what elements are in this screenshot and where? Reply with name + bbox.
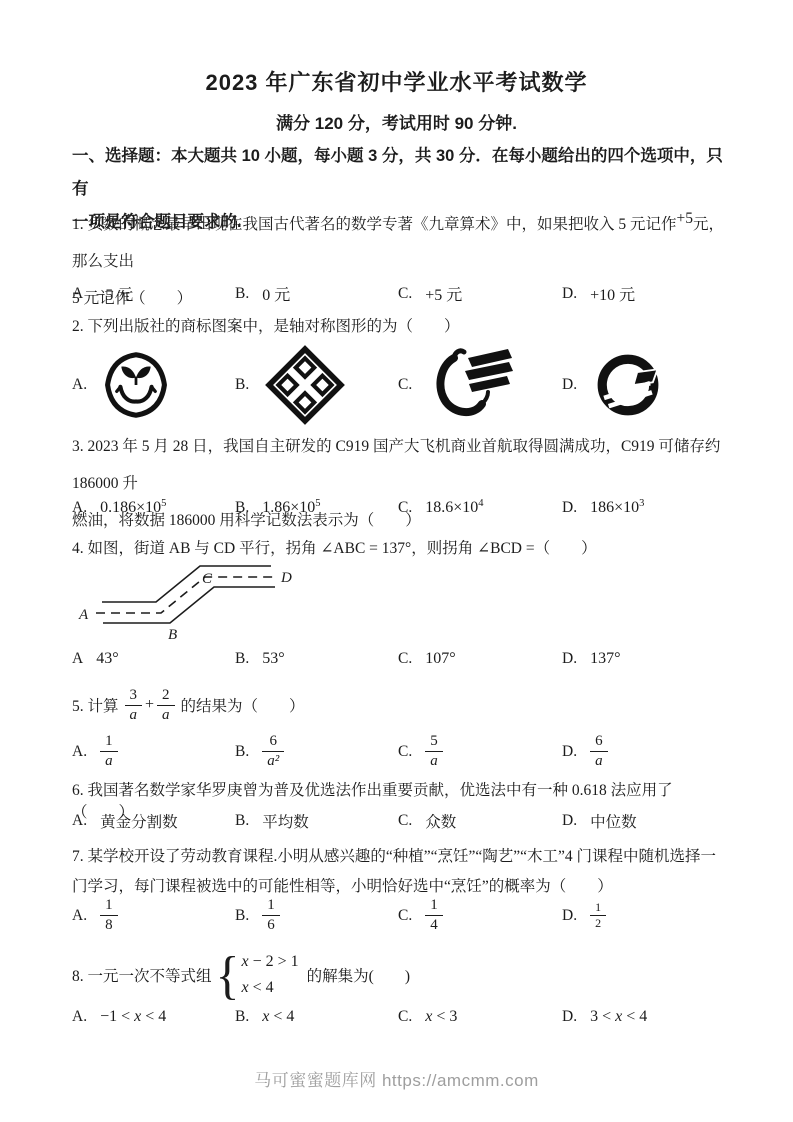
option-label: D. (562, 650, 577, 668)
system-brace: { (216, 949, 240, 1002)
option-value: +10 元 (590, 282, 635, 305)
q3-option-b: B.1.86×105 (235, 498, 398, 517)
q7-option-a: A.18 (72, 896, 235, 935)
question-3-line-1: 3. 2023 年 5 月 28 日，我国自主研发的 C919 国产大飞机商业首… (72, 428, 726, 502)
option-label: A (72, 285, 83, 303)
fraction: 18 (100, 896, 118, 935)
option-value: 平均数 (262, 810, 309, 832)
q1-option-c: C.+5 元 (398, 282, 562, 305)
diamond-grid-logo-icon (265, 345, 345, 425)
option-label: C. (398, 376, 412, 394)
q1-option-b: B.0 元 (235, 282, 398, 305)
fraction: 12 (590, 900, 606, 931)
question-7-text: 7. 某学校开设了劳动教育课程.小明从感兴趣的“种植”“烹饪”“陶艺”“木工”4… (72, 842, 726, 902)
option-label: B. (235, 499, 249, 517)
q7-option-c: C.14 (398, 896, 562, 935)
exam-subtitle: 满分 120 分，考试用时 90 分钟. (0, 109, 793, 134)
system-line-1: x − 2 > 1 (242, 949, 299, 975)
diagram-label-d: D (280, 570, 292, 586)
option-label: A. (72, 1008, 87, 1026)
q7-option-d: D.12 (562, 900, 726, 931)
option-label: B. (235, 650, 249, 668)
option-label: B. (235, 285, 249, 303)
q5-option-d: D.6a (562, 732, 726, 771)
option-label: C. (398, 743, 412, 761)
fraction: 5a (425, 732, 443, 771)
option-value: +5 元 (425, 282, 462, 305)
option-value: 186×103 (590, 498, 644, 517)
street-diagram: A B C D (74, 560, 324, 646)
q5-option-c: C.5a (398, 732, 562, 771)
road-center-dashed-line (96, 577, 276, 613)
diagram-label-b: B (168, 627, 177, 643)
q4-option-a: A43° (72, 650, 235, 668)
fraction: 2a (157, 686, 175, 725)
option-value: 3 < x < 4 (590, 1008, 647, 1026)
option-label: A. (72, 499, 87, 517)
option-label: C. (398, 650, 412, 668)
exponent: 3 (639, 498, 644, 509)
q6-option-a: A.黄金分割数 (72, 810, 235, 832)
books-hook-logo-icon (428, 344, 516, 426)
q4-option-d: D.137° (562, 650, 726, 668)
option-value: −1 < x < 4 (100, 1008, 166, 1026)
option-label: A. (72, 376, 87, 394)
fraction: 3a (125, 686, 143, 725)
question-4-options: A43° B.53° C.107° D.137° (72, 650, 726, 668)
watermark-footer: 马可蜜蜜题库网 https://amcmm.com (0, 1066, 793, 1091)
exam-page: 2023 年广东省初中学业水平考试数学 满分 120 分，考试用时 90 分钟.… (0, 0, 793, 1122)
question-2-text: 2. 下列出版社的商标图案中，是轴对称图形的为（ ） (72, 316, 726, 338)
q8-option-c: C.x < 3 (398, 1008, 562, 1026)
option-label: B. (235, 1008, 249, 1026)
option-label: D. (562, 376, 577, 394)
page-title: 2023 年广东省初中学业水平考试数学 (0, 66, 793, 97)
system-line-2: x < 4 (242, 975, 299, 1001)
question-6-options: A.黄金分割数 B.平均数 C.众数 D.中位数 (72, 810, 726, 832)
option-value: 中位数 (590, 810, 637, 832)
hands-sprout-logo-icon (103, 346, 169, 424)
option-label: D. (562, 1008, 577, 1026)
option-label: A. (72, 812, 87, 830)
superscript-plus-5: +5 (677, 210, 694, 227)
option-label: D. (562, 499, 577, 517)
q5-option-a: A.1a (72, 732, 235, 771)
q1-option-d: D.+10 元 (562, 282, 726, 305)
q3-option-d: D.186×103 (562, 498, 726, 517)
question-3-text: 3. 2023 年 5 月 28 日，我国自主研发的 C919 国产大飞机商业首… (72, 428, 726, 539)
option-value: 众数 (425, 810, 456, 832)
q8-option-b: B.x < 4 (235, 1008, 398, 1026)
q3-option-c: C.18.6×104 (398, 498, 562, 517)
option-value: 黄金分割数 (100, 810, 178, 832)
fraction: 16 (262, 896, 280, 935)
question-8-options: A.−1 < x < 4 B.x < 4 C.x < 3 D.3 < x < 4 (72, 1008, 726, 1026)
option-label: A. (72, 743, 87, 761)
circle-leaf-logo-icon (593, 347, 663, 423)
option-label: B. (235, 376, 249, 394)
road-bottom-edge (103, 587, 275, 623)
fraction: 14 (425, 896, 443, 935)
q6-option-b: B.平均数 (235, 810, 398, 832)
option-value: 43° (96, 650, 118, 668)
diagram-label-a: A (78, 607, 89, 623)
option-value: 53° (262, 650, 284, 668)
option-label: C. (398, 499, 412, 517)
option-value: x < 4 (262, 1008, 294, 1026)
q5-option-b: B.6a² (235, 732, 398, 771)
option-value: 0 元 (262, 282, 290, 305)
option-value: −5 元 (96, 282, 133, 305)
q8-option-a: A.−1 < x < 4 (72, 1008, 235, 1026)
question-7-line-1: 7. 某学校开设了劳动教育课程.小明从感兴趣的“种植”“烹饪”“陶艺”“木工”4… (72, 842, 726, 872)
q7-option-b: B.16 (235, 896, 398, 935)
q6-option-c: C.众数 (398, 810, 562, 832)
q1-option-a: A−5 元 (72, 282, 235, 305)
option-label: D. (562, 907, 577, 925)
fraction: 6a² (262, 732, 284, 771)
exponent: 5 (161, 498, 166, 509)
option-label: D. (562, 743, 577, 761)
question-5-text: 5. 计算 3a + 2a 的结果为（ ） (72, 680, 726, 730)
exponent: 4 (478, 498, 483, 509)
question-7-options: A.18 B.16 C.14 D.12 (72, 896, 726, 935)
option-value: 0.186×105 (100, 498, 166, 517)
question-2-options: A. B. C. (72, 344, 726, 426)
road-top-edge (102, 566, 271, 602)
option-label: B. (235, 743, 249, 761)
option-label: B. (235, 907, 249, 925)
option-label: B. (235, 812, 249, 830)
section-heading-line-1: 一、选择题：本大题共 10 小题，每小题 3 分，共 30 分．在每小题给出的四… (72, 140, 726, 206)
question-1-line-1: 1. 负数的概念最早出现在我国古代著名的数学专著《九章算术》中，如果把收入 5 … (72, 206, 726, 280)
fraction: 6a (590, 732, 608, 771)
exponent: 5 (315, 498, 320, 509)
option-label: A. (72, 907, 87, 925)
question-8-text: 8. 一元一次不等式组 { x − 2 > 1 x < 4 的解集为( ) (72, 944, 726, 1006)
option-value: 107° (425, 650, 455, 668)
question-5-options: A.1a B.6a² C.5a D.6a (72, 732, 726, 771)
diagram-label-c: C (202, 571, 213, 587)
q2-option-c: C. (398, 344, 562, 426)
option-value: 18.6×104 (425, 498, 483, 517)
option-label: D. (562, 812, 577, 830)
q2-option-b: B. (235, 344, 398, 426)
option-label: A (72, 650, 83, 668)
option-value: 137° (590, 650, 620, 668)
option-label: C. (398, 285, 412, 303)
q3-option-a: A.0.186×105 (72, 498, 235, 517)
question-1-options: A−5 元 B.0 元 C.+5 元 D.+10 元 (72, 282, 726, 305)
fraction: 1a (100, 732, 118, 771)
q4-option-c: C.107° (398, 650, 562, 668)
inequality-system: x − 2 > 1 x < 4 (242, 949, 299, 1001)
q2-option-a: A. (72, 344, 235, 426)
option-label: C. (398, 1008, 412, 1026)
option-value: 1.86×105 (262, 498, 320, 517)
q6-option-d: D.中位数 (562, 810, 726, 832)
q8-option-d: D.3 < x < 4 (562, 1008, 726, 1026)
option-label: C. (398, 812, 412, 830)
option-label: D. (562, 285, 577, 303)
option-value: x < 3 (425, 1008, 457, 1026)
question-4-text: 4. 如图，街道 AB 与 CD 平行，拐角 ∠ABC = 137°，则拐角 ∠… (72, 538, 726, 560)
q4-option-b: B.53° (235, 650, 398, 668)
option-label: C. (398, 907, 412, 925)
question-3-options: A.0.186×105 B.1.86×105 C.18.6×104 D.186×… (72, 498, 726, 517)
q2-option-d: D. (562, 344, 726, 426)
